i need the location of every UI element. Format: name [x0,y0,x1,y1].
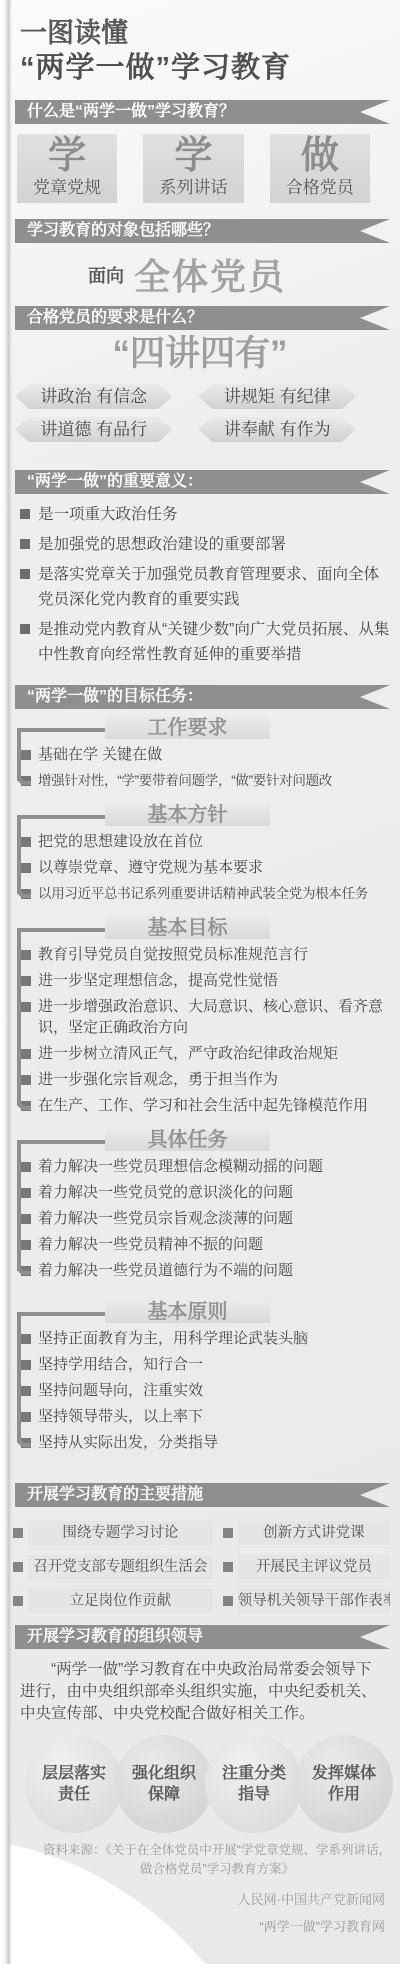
card-big-char: 学 [17,134,117,178]
footer-source-line1: 资料来源：《关于在全体党员中开展“学党章党规、学系列讲话， [0,1841,400,1860]
measure-label: 创新方式讲党课 [238,1521,390,1545]
circle-line1: 强化组织 [115,1763,213,1784]
group-item: 坚持从实际出发，分类指导 [38,1432,392,1453]
card-label: 党章党规 [17,178,117,197]
meaning-list: 是一项重大政治任务 是加强党的思想政治建设的重要部署 是落实党章关于加强党员教育… [0,502,400,667]
group-title: 具体任务 [105,1129,270,1151]
meaning-item: 是推动党内教育从“关键少数”向广大党员拓展、从集中性教育向经常性教育延伸的重要举… [38,617,392,667]
card-big-char: 学 [143,134,243,178]
card-speeches: 学 系列讲话 [143,134,243,203]
group-item: 在生产、工作、学习和社会生活中起先锋模范作用 [38,1095,392,1116]
circle-media: 发挥媒体 作用 [295,1735,393,1833]
measure-item: 领导机关领导干部作表率 [223,1589,390,1613]
group-item: 进一步增强政治意识、大局意识、核心意识、看齐意识，坚定正确政治方向 [38,996,392,1038]
meaning-item: 是一项重大政治任务 [38,502,392,527]
group-title: 基本原则 [105,1301,270,1323]
circle-line1: 注重分类 [205,1763,303,1784]
circle-line2: 指导 [205,1784,303,1805]
measure-item: 立足岗位作贡献 [13,1589,213,1613]
group-item: 着力解决一些党员党的意识淡化的问题 [38,1182,392,1203]
footer-credit-peoples-daily: 人民网·中国共产党新闻网 [0,1886,400,1913]
circle-responsibility: 层层落实 责任 [25,1735,123,1833]
square-bullet-icon [13,1562,23,1572]
card-party-constitution: 学 党章党规 [17,134,117,203]
task-group-basic-goals: 基本目标 教育引导党员自觉按照党员标准规范言行 进一步坚定理想信念，提高党性觉悟… [0,917,400,1116]
meaning-item: 是落实党章关于加强党员教育管理要求、面向全体党员深化党内教育的重要实践 [38,562,392,612]
audience-main: 全体党员 [134,249,286,300]
task-group-specific-tasks: 具体任务 着力解决一些党员理想信念模糊动摇的问题 着力解决一些党员党的意识淡化的… [0,1129,400,1281]
meaning-item: 是加强党的思想政治建设的重要部署 [38,532,392,557]
measure-item: 创新方式讲党课 [223,1521,390,1545]
group-item: 着力解决一些党员宗旨观念淡薄的问题 [38,1208,392,1229]
page-edge-fold [0,0,12,1964]
study-cards: 学 党章党规 学 系列讲话 做 合格党员 [17,134,370,203]
circle-line2: 保障 [115,1784,213,1805]
section-header-tasks: “两学一做”的目标任务： [15,685,390,709]
section-header-audience: 学习教育的对象包括哪些？ [15,219,390,243]
circle-line1: 层层落实 [25,1763,123,1784]
section-header-requirement: 合格党员的要求是什么？ [15,306,390,330]
task-group-basic-policy: 基本方针 把党的思想建设放在首位 以尊崇党章、遵守党规为基本要求 以用习近平总书… [0,804,400,904]
measure-item: 开展民主评议党员 [223,1555,390,1579]
group-item: 坚持学用结合，知行合一 [38,1354,392,1375]
group-title: 基本目标 [105,917,270,939]
group-item: 基础在学 关键在做 [38,744,392,765]
requirement-slogan: “四讲四有” [0,332,400,376]
measures-row: 立足岗位作贡献 领导机关领导干部作表率 [13,1589,390,1613]
group-item: 坚持问题导向，注重实效 [38,1380,392,1401]
group-title: 工作要求 [105,717,270,739]
group-item: 着力解决一些党员道德行为不端的问题 [38,1260,392,1281]
measure-item: 围绕专题学习讨论 [13,1521,213,1545]
badge-morality: 讲道德 有品行 [15,417,173,442]
measure-label: 召开党支部专题组织生活会 [28,1555,213,1579]
leadership-paragraph: “两学一做”学习教育在中央政治局常委会领导下进行，由中央组织部牵头组织实施，中央… [20,1659,382,1725]
group-title: 基本方针 [105,804,270,826]
footer: 资料来源：《关于在全体党员中开展“学党章党规、学系列讲话， 做合格党员”学习教育… [0,1841,400,1940]
circle-classification: 注重分类 指导 [205,1735,303,1833]
square-bullet-icon [13,1596,23,1606]
audience-prefix: 面向 [88,262,124,288]
group-item: 以用习近平总书记系列重要讲话精神武装全党为根本任务 [38,883,392,904]
circle-line1: 发挥媒体 [295,1763,393,1784]
measure-label: 领导机关领导干部作表率 [238,1589,390,1613]
measure-label: 立足岗位作贡献 [28,1589,213,1613]
badge-dedication: 讲奉献 有作为 [199,417,357,442]
group-item: 把党的思想建设放在首位 [38,831,392,852]
circle-line2: 责任 [25,1784,123,1805]
group-item: 以尊崇党章、遵守党规为基本要求 [38,857,392,878]
task-group-basic-principles: 基本原则 坚持正面教育为主，用科学理论武装头脑 坚持学用结合，知行合一 坚持问题… [0,1301,400,1453]
task-group-work-requirements: 工作要求 基础在学 关键在做 增强针对性，“学”要带着问题学，“做”要针对问题改 [0,717,400,791]
measure-item: 召开党支部专题组织生活会 [13,1555,213,1579]
section-header-meaning: “两学一做”的重要意义： [15,470,390,494]
measures-row: 召开党支部专题组织生活会 开展民主评议党员 [13,1555,390,1579]
group-item: 进一步坚定理想信念，提高党性觉悟 [38,970,392,991]
group-item: 教育引导党员自觉按照党员标准规范言行 [38,944,392,965]
badge-rules: 讲规矩 有纪律 [199,384,357,409]
group-item: 坚持正面教育为主，用科学理论武装头脑 [38,1328,392,1349]
card-label: 系列讲话 [143,178,243,197]
square-bullet-icon [223,1596,233,1606]
card-label: 合格党员 [270,178,370,197]
requirement-badges: 讲政治 有信念 讲规矩 有纪律 讲道德 有品行 讲奉献 有作为 [15,384,356,442]
page-title-line1: 一图读懂 [20,16,400,50]
card-qualified-member: 做 合格党员 [270,134,370,203]
group-item: 进一步强化宗旨观念，勇于担当作为 [38,1069,392,1090]
measures-row: 围绕专题学习讨论 创新方式讲党课 [13,1521,390,1545]
section-header-measures: 开展学习教育的主要措施 [15,1483,390,1507]
circle-line2: 作用 [295,1784,393,1805]
section-header-leadership: 开展学习教育的组织领导 [15,1625,390,1649]
measure-label: 围绕专题学习讨论 [28,1521,213,1545]
section-header-what: 什么是“两学一做”学习教育？ [15,100,390,124]
group-item: 坚持领导带头，以上率下 [38,1406,392,1427]
group-item: 增强针对性，“学”要带着问题学，“做”要针对问题改 [38,770,392,791]
badge-politics: 讲政治 有信念 [15,384,173,409]
measure-label: 开展民主评议党员 [238,1555,390,1579]
measures-grid: 围绕专题学习讨论 创新方式讲党课 召开党支部专题组织生活会 开展民主评议党员 立… [13,1521,390,1613]
page-title-line2: “两学一做”学习教育 [20,50,400,86]
group-item: 着力解决一些党员理想信念模糊动摇的问题 [38,1156,392,1177]
group-item: 着力解决一些党员精神不振的问题 [38,1234,392,1255]
card-big-char: 做 [270,134,370,178]
square-bullet-icon [223,1562,233,1572]
infographic: 一图读懂 “两学一做”学习教育 什么是“两学一做”学习教育？ 学 党章党规 学 … [0,0,400,1833]
group-item: 进一步树立清风正气，严守政治纪律政治规矩 [38,1043,392,1064]
square-bullet-icon [223,1528,233,1538]
audience-row: 面向 全体党员 [88,249,400,300]
leadership-circles: 层层落实 责任 强化组织 保障 注重分类 指导 发挥媒体 作用 [25,1735,400,1833]
footer-credit-education-site: “两学一做”学习教育网 [0,1913,400,1940]
footer-source-line2: 做合格党员”学习教育方案》 [0,1860,400,1879]
square-bullet-icon [13,1528,23,1538]
circle-organization: 强化组织 保障 [115,1735,213,1833]
